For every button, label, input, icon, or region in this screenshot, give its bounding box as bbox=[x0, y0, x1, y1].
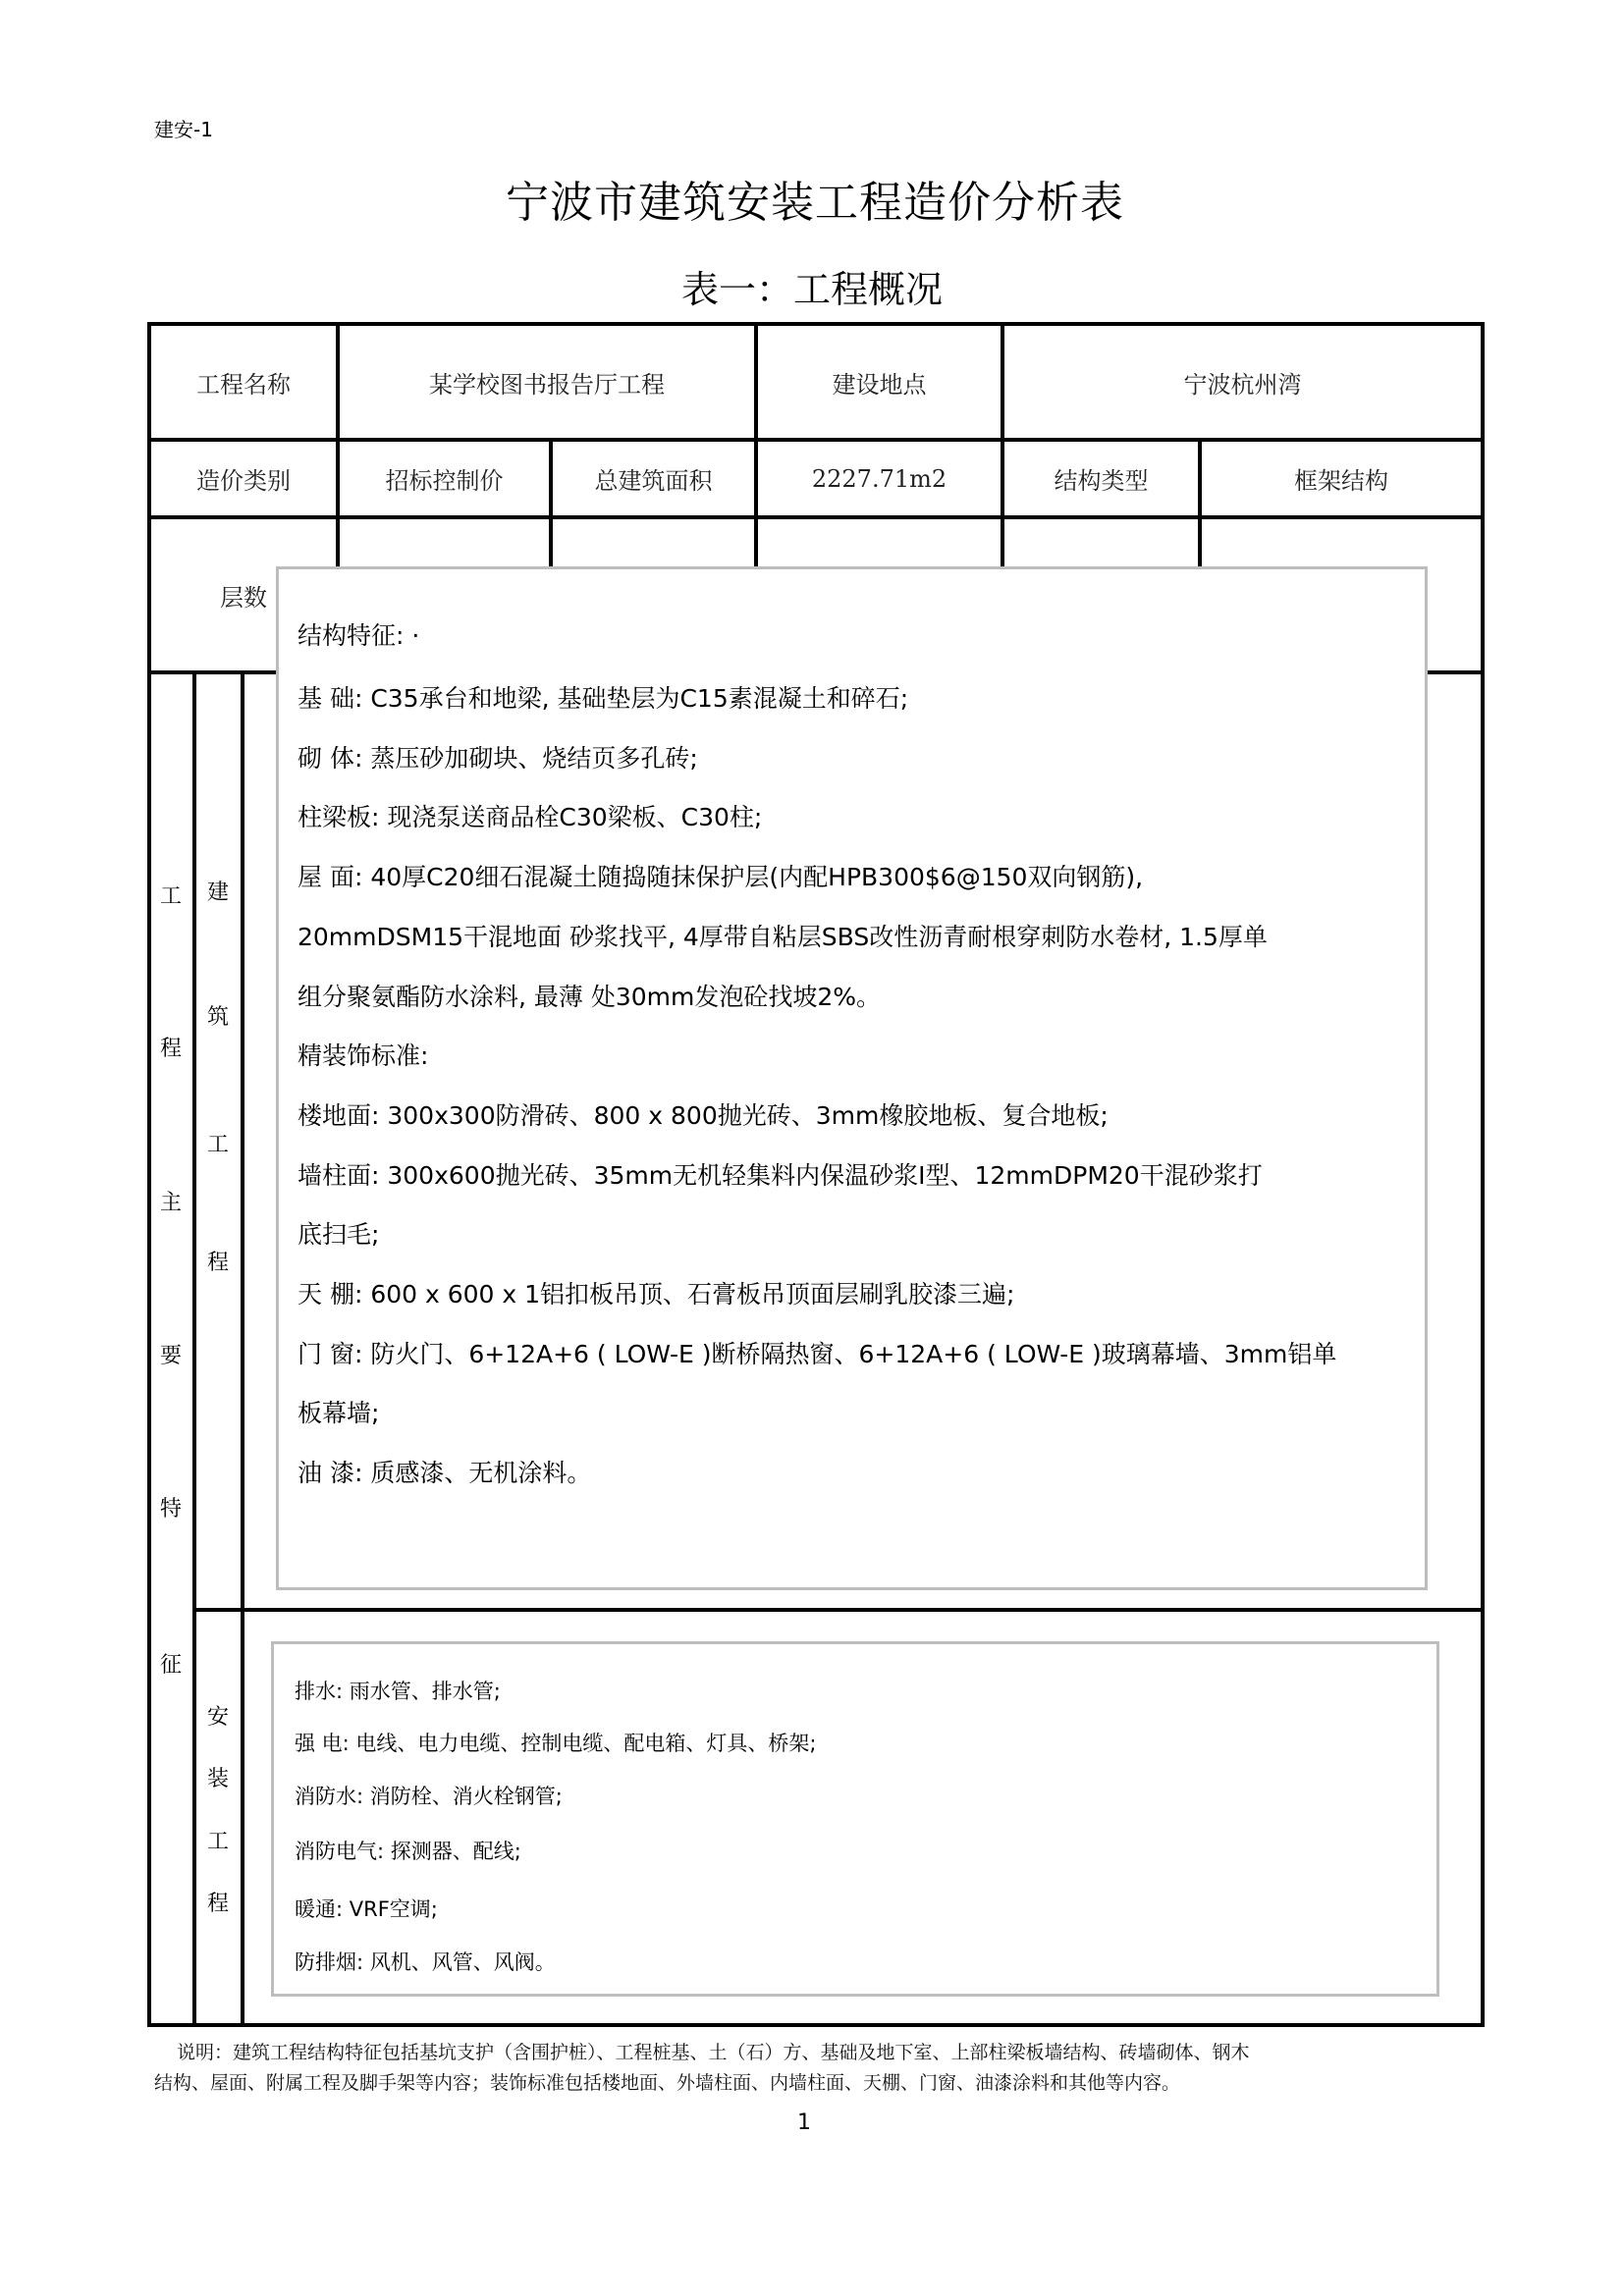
text-line: 柱梁板: 现浇泵送商品栓C30梁板、C30柱; bbox=[298, 803, 762, 832]
text-line: 天 棚: 600 x 600 x 1铝扣板吊顶、石膏板吊顶面层刷乳胶漆三遍; bbox=[298, 1280, 1014, 1309]
total-area-label: 总建筑面积 bbox=[553, 442, 754, 515]
text-line: 楼地面: 300x300防滑砖、800 x 800抛光砖、3mm橡胶地板、复合地… bbox=[298, 1101, 1109, 1131]
location-label: 建设地点 bbox=[758, 326, 1001, 438]
text-line: 油 漆: 质感漆、无机涂料。 bbox=[298, 1459, 591, 1488]
text-line: 砌 体: 蒸压砂加砌块、烧结页多孔砖; bbox=[298, 744, 698, 774]
section-divider bbox=[192, 1608, 1485, 1612]
cost-type-label: 造价类别 bbox=[151, 442, 336, 515]
text-line: 墙柱面: 300x600抛光砖、35mm无机轻集料内保温砂浆I型、12mmDPM… bbox=[298, 1161, 1263, 1191]
label-char: 安 bbox=[203, 1707, 233, 1729]
table-subtitle: 表一：工程概况 bbox=[0, 259, 1624, 313]
text-line: 消防水: 消防栓、消火栓钢管; bbox=[295, 1784, 563, 1809]
text-line: 排水: 雨水管、排水管; bbox=[295, 1679, 501, 1704]
label-char: 工 bbox=[156, 886, 186, 908]
text-line: 门 窗: 防火门、6+12A+6 ( LOW-E )断桥隔热窗、6+12A+6 … bbox=[298, 1340, 1336, 1369]
label-char: 特 bbox=[156, 1499, 186, 1521]
table-border-right bbox=[1481, 322, 1485, 2027]
label-char: 工 bbox=[203, 1832, 233, 1853]
building-features-box bbox=[276, 566, 1428, 1590]
text-line: 屋 面: 40厚C20细石混凝土随捣随抹保护层(内配HPB300$6@150双向… bbox=[298, 863, 1143, 892]
total-area-value: 2227.71m2 bbox=[758, 442, 1001, 515]
label-char: 程 bbox=[203, 1253, 233, 1274]
label-char: 征 bbox=[156, 1655, 186, 1677]
label-char: 程 bbox=[156, 1039, 186, 1060]
label-char: 工 bbox=[203, 1135, 233, 1156]
text-line: 组分聚氨酯防水涂料, 最薄 处30mm发泡砼找坡2%。 bbox=[298, 983, 881, 1012]
structure-type-value: 框架结构 bbox=[1202, 442, 1481, 515]
label-char: 筑 bbox=[203, 1007, 233, 1029]
cost-type-value: 招标控制价 bbox=[340, 442, 549, 515]
text-line: 底扫毛; bbox=[298, 1220, 379, 1250]
col-divider bbox=[241, 670, 244, 2025]
text-line: 精装饰标准: bbox=[298, 1041, 428, 1071]
text-line: 强 电: 电线、电力电缆、控制电缆、配电箱、灯具、桥架; bbox=[295, 1731, 817, 1756]
label-char: 装 bbox=[203, 1769, 233, 1790]
footnote-line-1: 说明：建筑工程结构特征包括基坑支护（含围护桩）、工程桩基、土（石）方、基础及地下… bbox=[177, 2038, 1250, 2064]
table-border-bottom bbox=[147, 2023, 1485, 2027]
label-char: 建 bbox=[203, 882, 233, 904]
col-divider bbox=[192, 670, 196, 2025]
location-value: 宁波杭州湾 bbox=[1004, 326, 1481, 438]
project-name-value: 某学校图书报告厅工程 bbox=[340, 326, 754, 438]
text-line: 消防电气: 探测器、配线; bbox=[295, 1839, 521, 1864]
text-line: 板幕墙; bbox=[298, 1399, 379, 1428]
text-line: 20mmDSM15干混地面 砂浆找平, 4厚带自粘层SBS改性沥青耐根穿刺防水卷… bbox=[298, 923, 1268, 952]
text-line: 结构特征: · bbox=[298, 621, 419, 651]
label-char: 要 bbox=[156, 1346, 186, 1367]
project-name-label: 工程名称 bbox=[151, 326, 336, 438]
text-line: 防排烟: 风机、风管、风阀。 bbox=[295, 1949, 556, 1975]
footnote-line-2: 结构、屋面、附属工程及脚手架等内容；装饰标准包括楼地面、外墙柱面、内墙柱面、天棚… bbox=[154, 2068, 1180, 2095]
label-char: 主 bbox=[156, 1193, 186, 1214]
text-line: 基 础: C35承台和地梁, 基础垫层为C15素混凝土和碎石; bbox=[298, 684, 908, 714]
structure-type-label: 结构类型 bbox=[1004, 442, 1198, 515]
label-char: 程 bbox=[203, 1894, 233, 1915]
document-code: 建安-1 bbox=[154, 114, 213, 142]
page-number: 1 bbox=[797, 2110, 811, 2135]
page-title: 宁波市建筑安装工程造价分析表 bbox=[0, 167, 1624, 230]
text-line: 暖通: VRF空调; bbox=[295, 1896, 438, 1922]
